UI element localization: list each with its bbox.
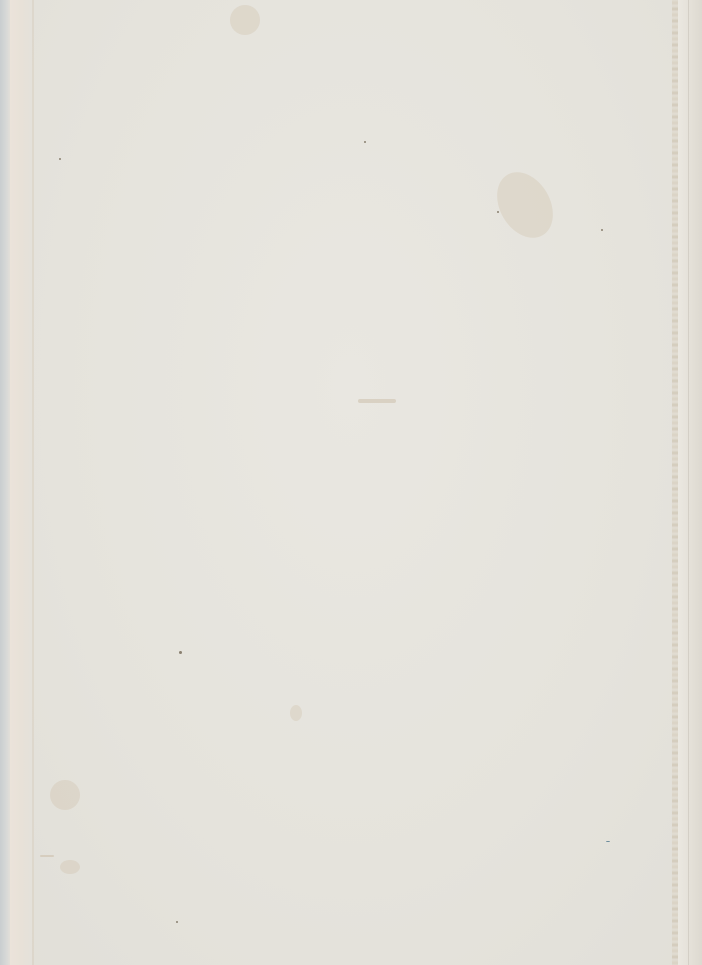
scanned-page — [0, 0, 702, 965]
paper-stain — [60, 860, 80, 874]
paper-streak — [358, 399, 396, 403]
left-crease — [32, 0, 34, 965]
scan-speck — [606, 841, 610, 842]
paper-streak — [40, 855, 54, 857]
left-page-edge — [0, 0, 10, 965]
left-margin-band — [10, 0, 32, 965]
scan-speck — [179, 651, 182, 654]
paper-stain — [230, 5, 260, 35]
page-content-area — [40, 20, 660, 945]
scan-speck — [176, 921, 178, 923]
right-fold-line — [688, 0, 689, 965]
right-binding-strip — [678, 0, 702, 965]
paper-stain — [290, 705, 302, 721]
scan-speck — [364, 141, 366, 143]
scan-speck — [497, 211, 499, 213]
scan-speck — [601, 229, 603, 231]
paper-stain — [50, 780, 80, 810]
scan-speck — [59, 158, 61, 160]
